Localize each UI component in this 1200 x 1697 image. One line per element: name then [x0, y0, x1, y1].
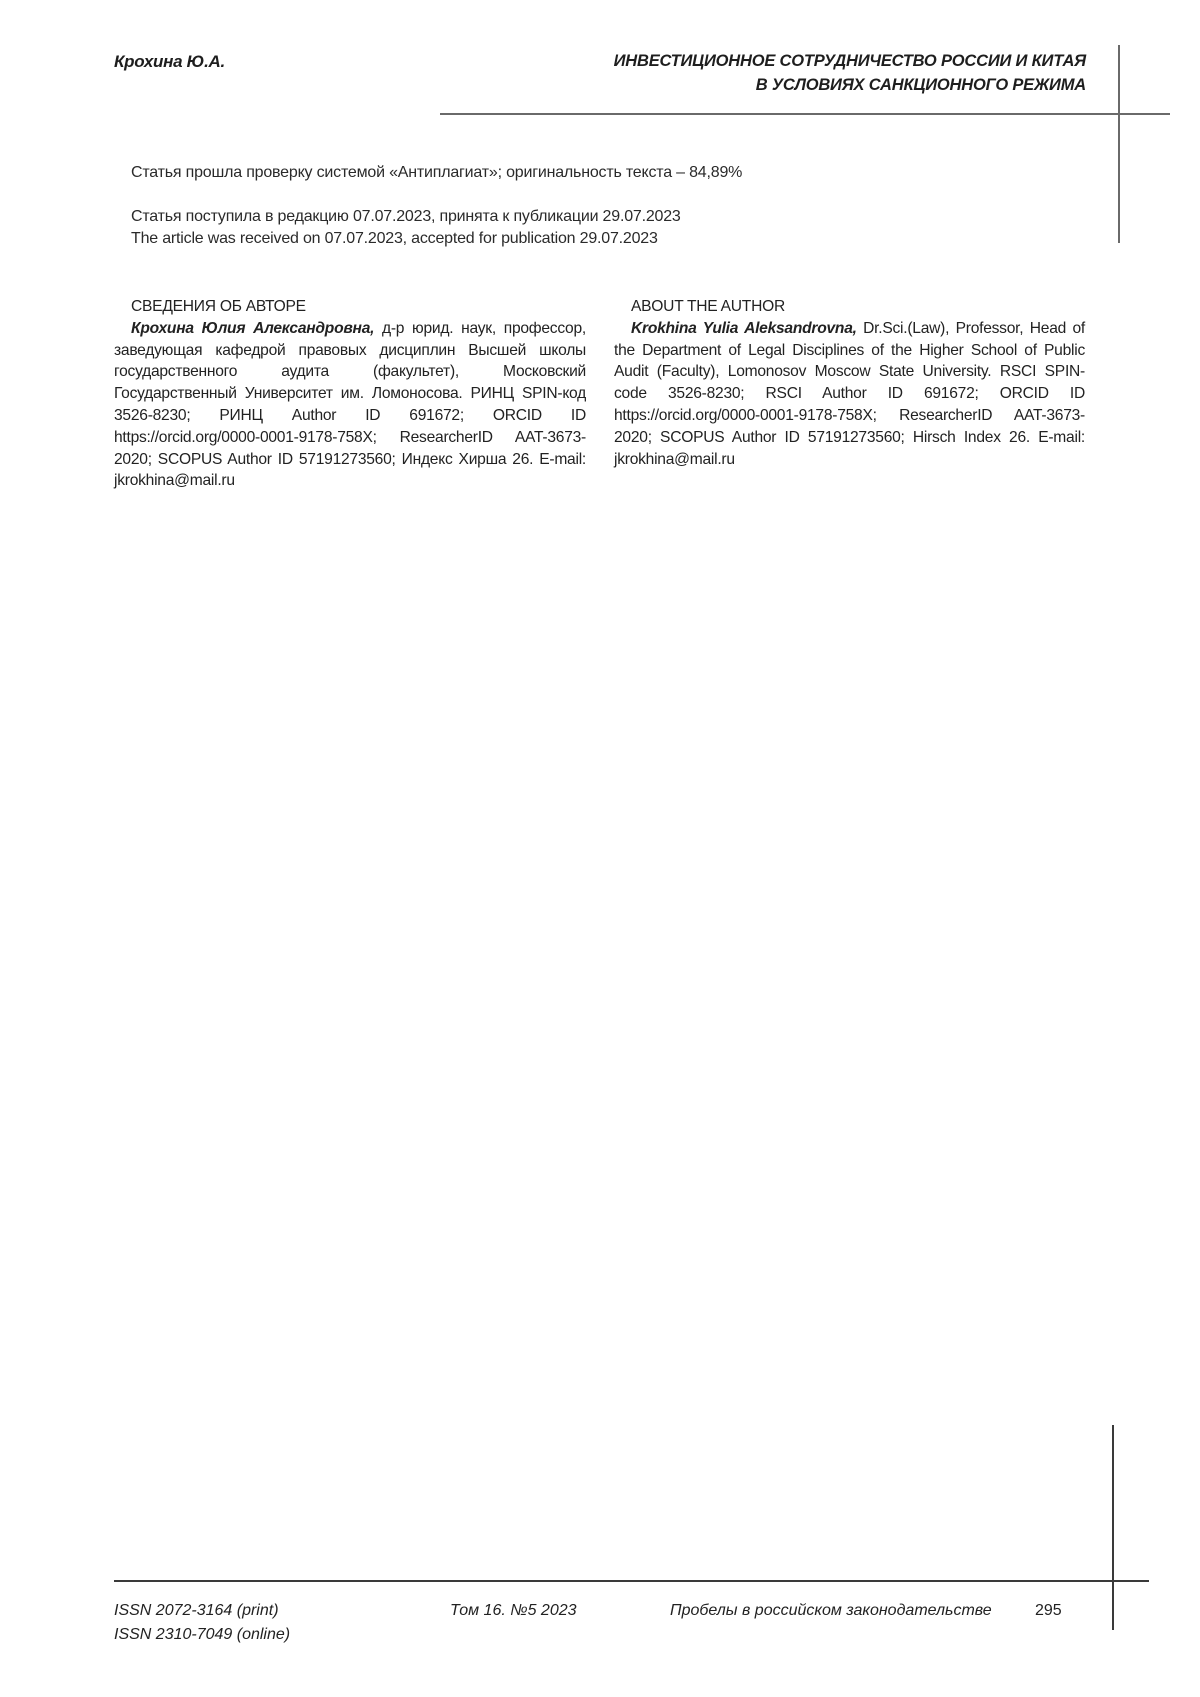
author-heading-ru: СВЕДЕНИЯ ОБ АВТОРЕ — [114, 296, 586, 318]
footer-journal-title: Пробелы в российском законодательстве — [670, 1599, 992, 1623]
footer-horizontal-rule — [114, 1580, 1149, 1582]
running-title-line-2: В УСЛОВИЯХ САНКЦИОННОГО РЕЖИМА — [466, 73, 1086, 97]
author-name-ru: Крохина Юлия Александровна, — [131, 320, 374, 337]
author-details-ru: д-р юрид. наук, профессор, заведующая ка… — [114, 320, 586, 490]
issn-print: ISSN 2072-3164 (print) — [114, 1599, 290, 1623]
header-vertical-rule — [1118, 45, 1120, 243]
running-title: ИНВЕСТИЦИОННОЕ СОТРУДНИЧЕСТВО РОССИИ И К… — [466, 49, 1086, 97]
author-name-en: Krokhina Yulia Aleksandrovna, — [631, 320, 857, 337]
running-title-line-1: ИНВЕСТИЦИОННОЕ СОТРУДНИЧЕСТВО РОССИИ И К… — [466, 49, 1086, 73]
author-info-ru: СВЕДЕНИЯ ОБ АВТОРЕ Крохина Юлия Александ… — [114, 296, 586, 492]
antiplagiat-note: Статья прошла проверку системой «Антипла… — [131, 164, 742, 182]
issn-online: ISSN 2310-7049 (online) — [114, 1623, 290, 1647]
footer-vertical-rule — [1112, 1425, 1114, 1630]
author-body-ru: Крохина Юлия Александровна, д-р юрид. на… — [114, 318, 586, 492]
author-details-en: Dr.Sci.(Law), Professor, Head of the Dep… — [614, 320, 1085, 468]
header-horizontal-rule — [440, 113, 1170, 115]
footer-volume: Том 16. №5 2023 — [450, 1599, 577, 1623]
footer-issn: ISSN 2072-3164 (print) ISSN 2310-7049 (o… — [114, 1599, 290, 1647]
received-note-ru: Статья поступила в редакцию 07.07.2023, … — [131, 208, 681, 226]
received-note-en: The article was received on 07.07.2023, … — [131, 230, 658, 248]
author-heading-en: ABOUT THE AUTHOR — [614, 296, 1085, 318]
page-number: 295 — [1035, 1599, 1062, 1623]
author-body-en: Krokhina Yulia Aleksandrovna, Dr.Sci.(La… — [614, 318, 1085, 471]
author-info-en: ABOUT THE AUTHOR Krokhina Yulia Aleksand… — [614, 296, 1085, 470]
running-author: Крохина Ю.А. — [114, 52, 225, 72]
